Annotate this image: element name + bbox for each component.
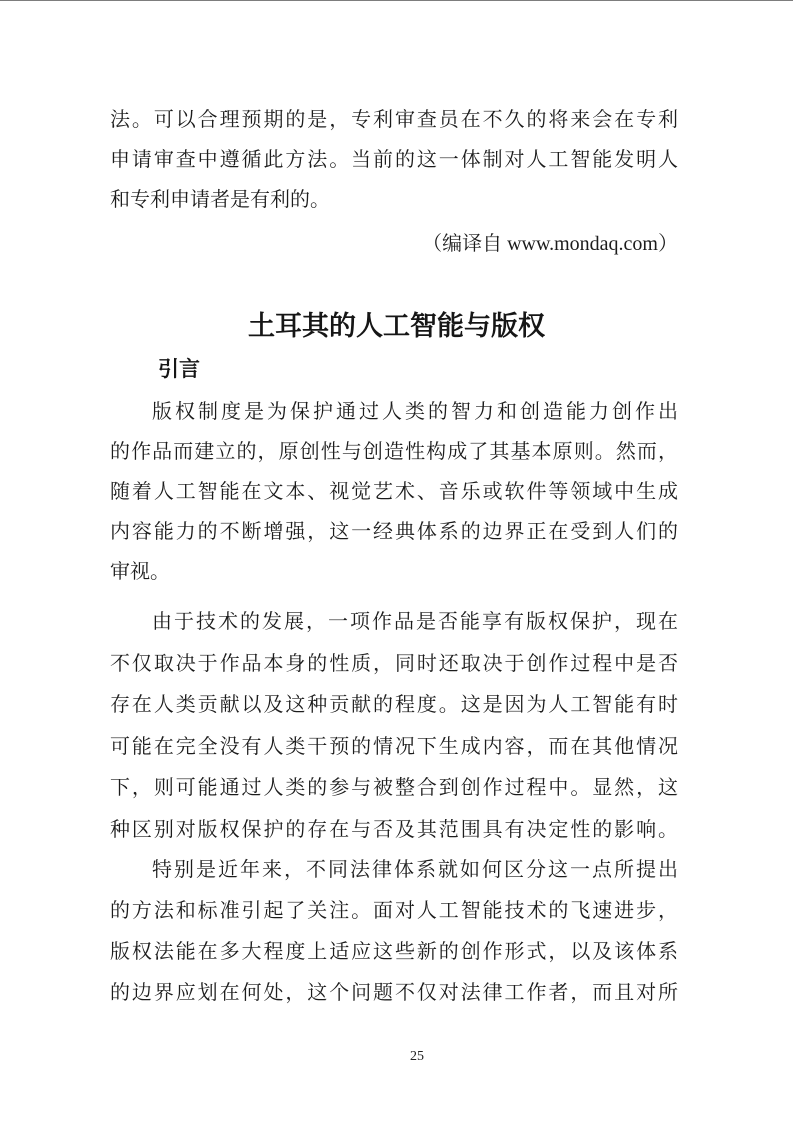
page-number: 25	[410, 1048, 424, 1066]
paragraph-3: 特别是近年来，不同法律体系就如何区分这一点所提出 的方法和标准引起了关注。面对人…	[110, 850, 678, 1014]
body-text-line: 版权制度是为保护通过人类的智力和创造能力创作出	[110, 392, 678, 432]
paragraph-2: 由于技术的发展，一项作品是否能享有版权保护，现在 不仅取决于作品本身的性质，同时…	[110, 602, 678, 851]
body-text-line: 随着人工智能在文本、视觉艺术、音乐或软件等领域中生成	[110, 472, 678, 512]
body-text-line: 特别是近年来，不同法律体系就如何区分这一点所提出	[110, 850, 678, 891]
body-text-line: 法。可以合理预期的是，专利审查员在不久的将来会在专利	[110, 100, 678, 140]
body-text-line: 版权法能在多大程度上适应这些新的创作形式，以及该体系	[110, 932, 678, 973]
article-title: 土耳其的人工智能与版权	[0, 304, 793, 348]
section-heading-intro: 引言	[110, 350, 678, 390]
body-text-line: 内容能力的不断增强，这一经典体系的边界正在受到人们的	[110, 512, 678, 552]
body-text-line: 的边界应划在何处，这个问题不仅对法律工作者，而且对所	[110, 973, 678, 1014]
body-text-line: 下，则可能通过人类的参与被整合到创作过程中。显然，这	[110, 768, 678, 810]
body-text-line: 申请审查中遵循此方法。当前的这一体制对人工智能发明人	[110, 140, 678, 180]
body-text-line: 和专利申请者是有利的。	[110, 180, 678, 220]
document-page: 法。可以合理预期的是，专利审查员在不久的将来会在专利 申请审查中遵循此方法。当前…	[0, 0, 793, 1122]
body-text-line: 可能在完全没有人类干预的情况下生成内容，而在其他情况	[110, 727, 678, 769]
body-text-line: 种区别对版权保护的存在与否及其范围具有决定性的影响。	[110, 810, 678, 852]
body-text-line: 由于技术的发展，一项作品是否能享有版权保护，现在	[110, 602, 678, 644]
body-text-line: 存在人类贡献以及这种贡献的程度。这是因为人工智能有时	[110, 685, 678, 727]
body-text-line: 的作品而建立的，原创性与创造性构成了其基本原则。然而，	[110, 432, 678, 472]
source-attribution: （编译自 www.mondaq.com）	[110, 224, 678, 264]
body-text-line: 的方法和标准引起了关注。面对人工智能技术的飞速进步，	[110, 891, 678, 932]
previous-article-ending: 法。可以合理预期的是，专利审查员在不久的将来会在专利 申请审查中遵循此方法。当前…	[110, 100, 678, 220]
body-text-line: 不仅取决于作品本身的性质，同时还取决于创作过程中是否	[110, 644, 678, 686]
paragraph-1: 版权制度是为保护通过人类的智力和创造能力创作出 的作品而建立的，原创性与创造性构…	[110, 392, 678, 592]
body-text-line: 审视。	[110, 552, 678, 592]
